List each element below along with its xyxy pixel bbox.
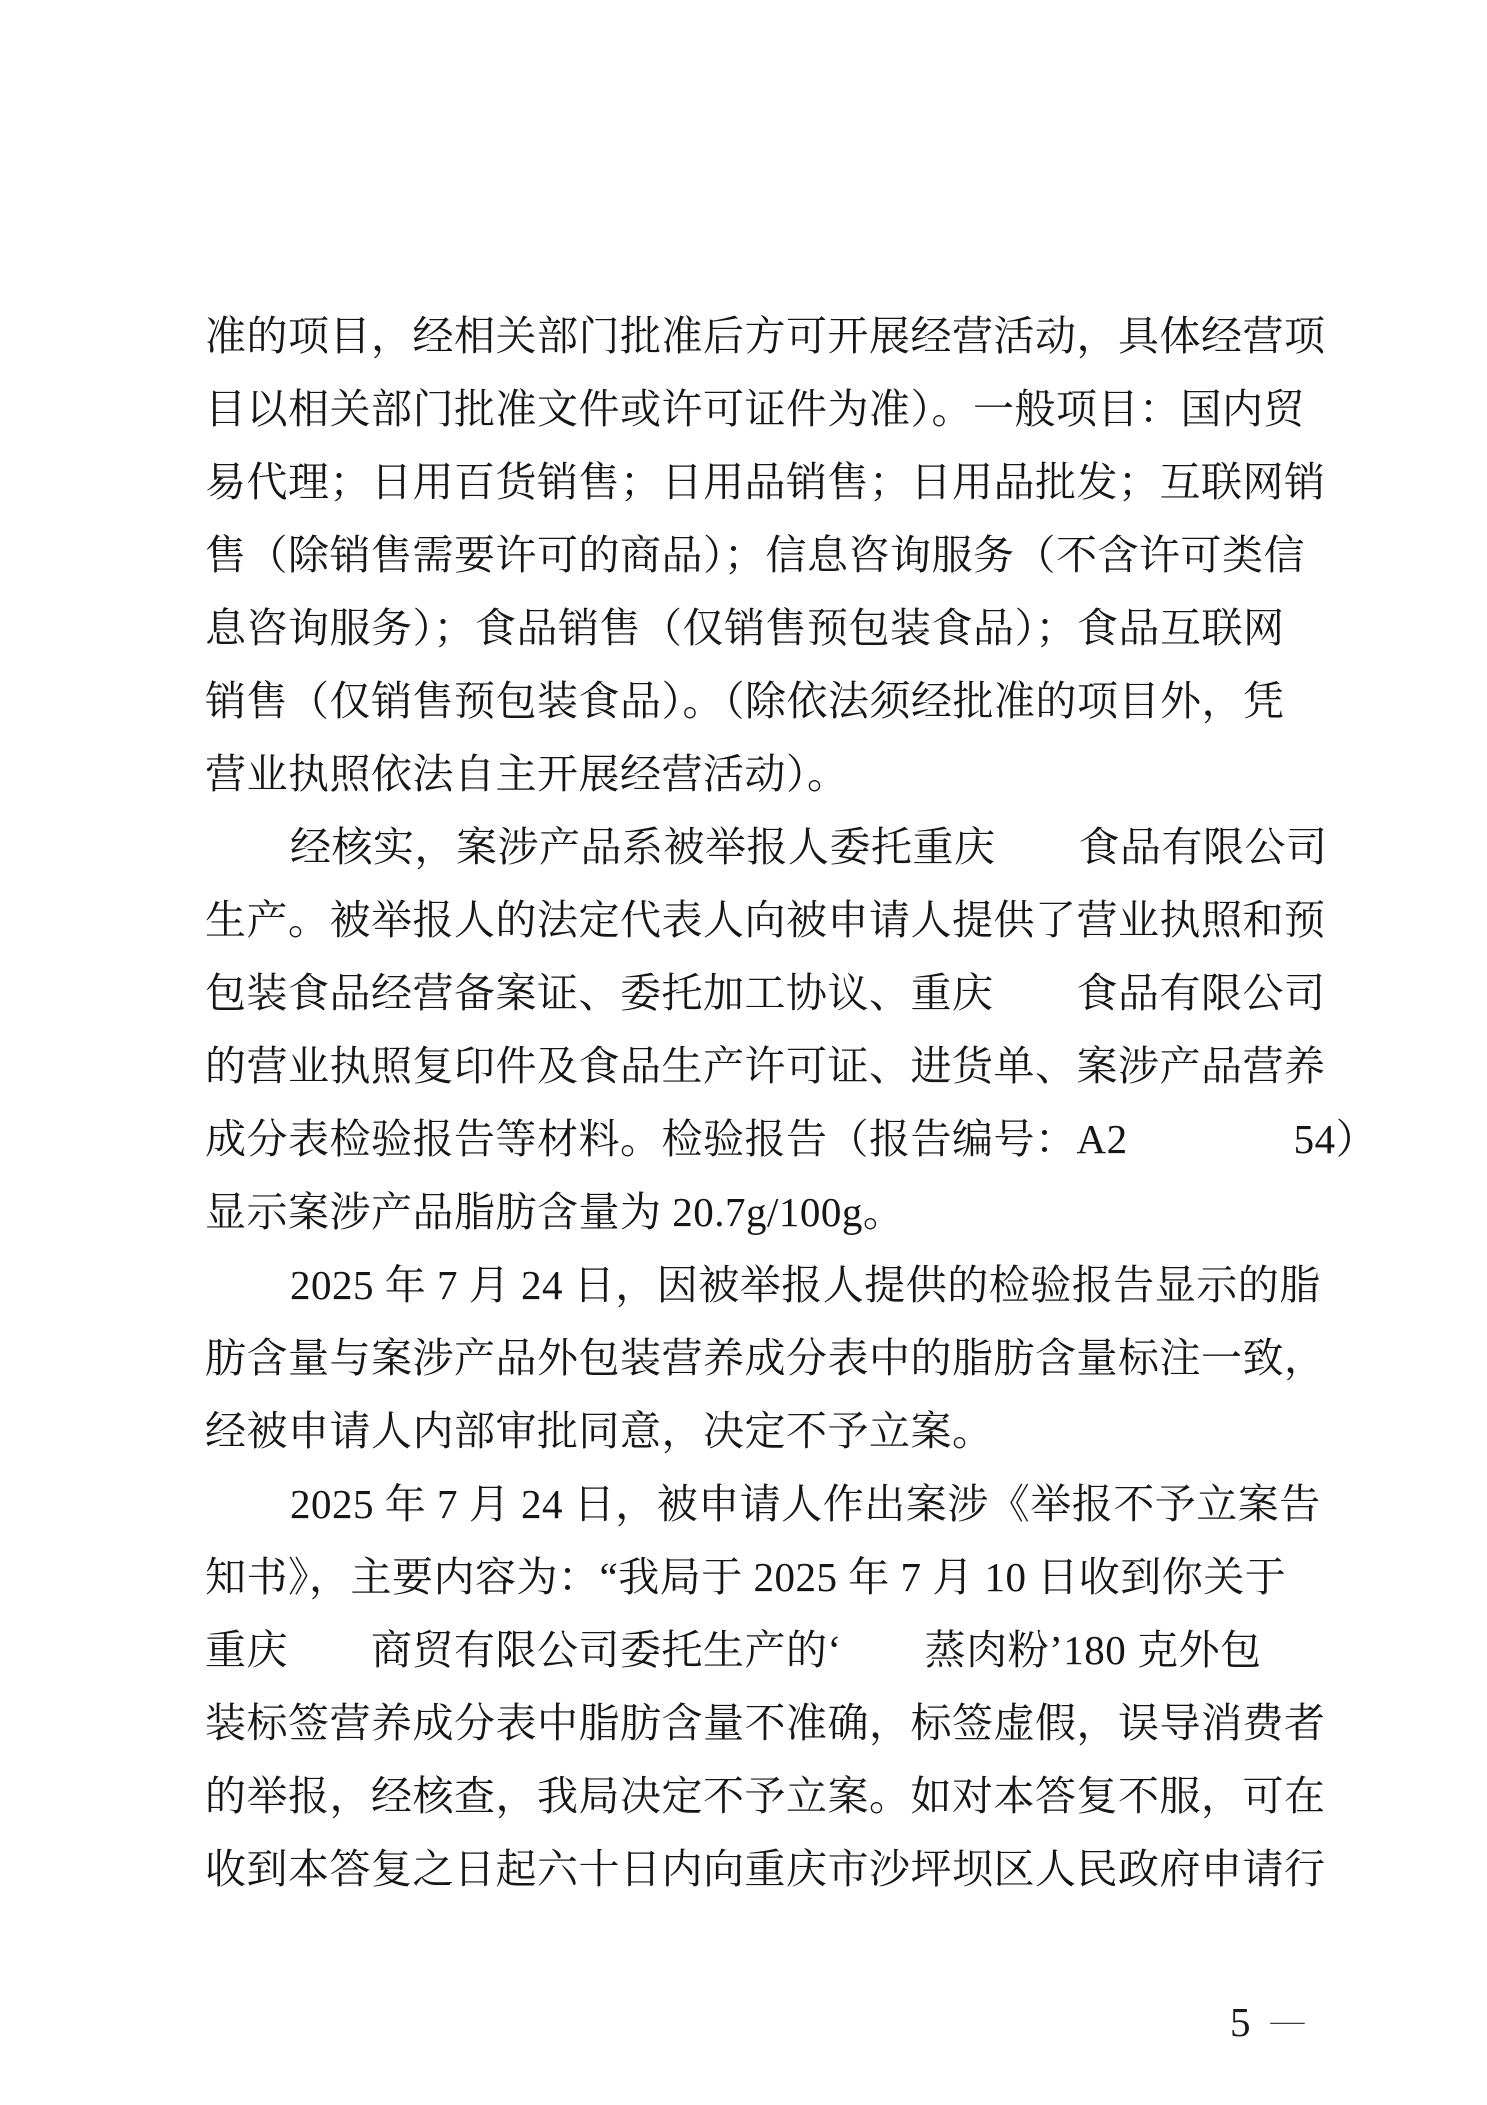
text-line: 装标签营养成分表中脂肪含量不准确，标签虚假，误导消费者	[205, 1687, 1360, 1760]
text-line: 售（除销售需要许可的商品）；信息咨询服务（不含许可类信	[205, 519, 1360, 592]
text-line: 包装食品经营备案证、委托加工协议、重庆 食品有限公司	[205, 957, 1360, 1030]
text-line: 经被申请人内部审批同意，决定不予立案。	[205, 1395, 1360, 1468]
text-line: 准的项目，经相关部门批准后方可开展经营活动，具体经营项	[205, 300, 1360, 373]
text-line: 的举报，经核查，我局决定不予立案。如对本答复不服，可在	[205, 1760, 1360, 1833]
text-line: 显示案涉产品脂肪含量为 20.7g/100g。	[205, 1176, 1360, 1249]
text-line: 生产。被举报人的法定代表人向被申请人提供了营业执照和预	[205, 884, 1360, 957]
text-line: 成分表检验报告等材料。检验报告（报告编号：A2 54）	[205, 1103, 1360, 1176]
text-line: 营业执照依法自主开展经营活动）。	[205, 738, 1360, 811]
page-number: 5 —	[1230, 1998, 1305, 2046]
text-line: 易代理；日用百货销售；日用品销售；日用品批发；互联网销	[205, 446, 1360, 519]
text-line: 知书》，主要内容为：“我局于 2025 年 7 月 10 日收到你关于	[205, 1541, 1360, 1614]
text-line: 收到本答复之日起六十日内向重庆市沙坪坝区人民政府申请行	[205, 1833, 1360, 1906]
page-number-value: 5	[1230, 1998, 1251, 2046]
text-line: 息咨询服务）；食品销售（仅销售预包装食品）；食品互联网	[205, 592, 1360, 665]
text-line: 销售（仅销售预包装食品）。（除依法须经批准的项目外，凭	[205, 665, 1360, 738]
text-line: 2025 年 7 月 24 日，因被举报人提供的检验报告显示的脂	[205, 1249, 1360, 1322]
text-line: 肪含量与案涉产品外包装营养成分表中的脂肪含量标注一致，	[205, 1322, 1360, 1395]
text-line: 经核实，案涉产品系被举报人委托重庆 食品有限公司	[205, 811, 1360, 884]
text-line: 的营业执照复印件及食品生产许可证、进货单、案涉产品营养	[205, 1030, 1360, 1103]
page-number-dash: —	[1271, 2009, 1305, 2036]
text-line: 2025 年 7 月 24 日，被申请人作出案涉《举报不予立案告	[205, 1468, 1360, 1541]
document-page: 准的项目，经相关部门批准后方可开展经营活动，具体经营项 目以相关部门批准文件或许…	[0, 0, 1487, 2105]
document-body: 准的项目，经相关部门批准后方可开展经营活动，具体经营项 目以相关部门批准文件或许…	[205, 300, 1360, 1906]
text-line: 目以相关部门批准文件或许可证件为准）。一般项目：国内贸	[205, 373, 1360, 446]
text-line: 重庆 商贸有限公司委托生产的‘ 蒸肉粉’180 克外包	[205, 1614, 1360, 1687]
